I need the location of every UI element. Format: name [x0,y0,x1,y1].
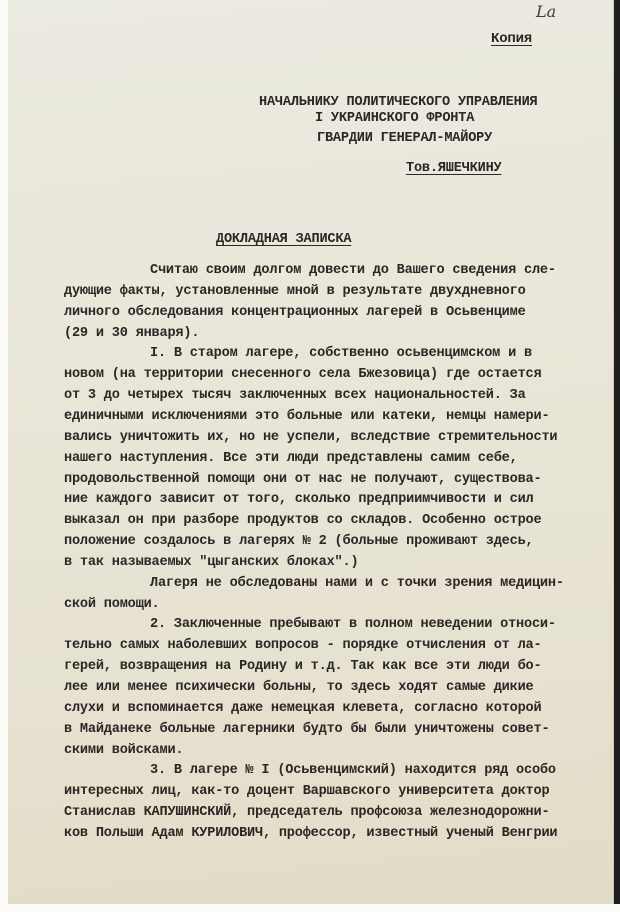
body-line: личного обследования концентрационных ла… [64,304,526,322]
body-line: ской помощи. [64,596,160,614]
body-line: тельно самых наболевших вопросов - поряд… [64,637,541,655]
body-line: I. В старом лагере, собственно осьвенцим… [150,345,532,363]
body-line: герей, возвращения на Родину и т.д. Так … [64,658,541,676]
body-line: в Майданеке больные лагерники будто бы б… [64,721,549,739]
body-line: 3. В лагере № I (Осьвенцимский) находитс… [150,762,556,780]
body-line: от 3 до четырех тысяч заключенных всех н… [64,387,526,405]
body-line: слухи и вспоминается даже немецкая клеве… [64,700,541,718]
copy-label: Копия [491,30,532,48]
body-line: интересных лиц, как-то доцент Варшавског… [64,783,549,801]
addressee-name: Тов.ЯШЕЧКИНУ [406,160,502,178]
scan-edge [614,0,620,904]
document-title: ДОКЛАДНАЯ ЗАПИСКА [216,231,351,249]
body-line: Станислав КАПУШИНСКИЙ, председатель проф… [64,804,549,822]
addressee-line-3: ГВАРДИИ ГЕНЕРАЛ-МАЙОРУ [317,130,492,148]
addressee-line-2: I УКРАИНСКОГО ФРОНТА [315,110,474,128]
body-line: дующие факты, установленные мной в резул… [64,283,526,301]
body-line: новом (на территории снесенного села Бже… [64,366,541,384]
body-line: в так называемых "цыганских блоках".) [64,554,358,572]
body-line: ние каждого зависит от того, сколько пре… [64,491,534,509]
body-line: нашего наступления. Все эти люди предста… [64,450,518,468]
body-line: единичными исключениями это больные или … [64,408,549,426]
body-line: положение создалось в лагерях № 2 (больн… [64,533,534,551]
body-line: скими войсками. [64,742,183,760]
body-line: продовольственной помощи они от нас не п… [64,471,541,489]
body-line: выказал он при разборе продуктов со скла… [64,512,541,530]
body-line: (29 и 30 января). [64,325,199,343]
body-line: вались уничтожить их, но не успели, всле… [64,429,557,447]
body-line: Лагеря не обследованы нами и с точки зре… [150,575,564,593]
body-line: 2. Заключенные пребывают в полном неведе… [150,616,556,634]
handwritten-mark: La [536,2,556,21]
body-line: Считаю своим долгом довести до Вашего св… [150,262,556,280]
body-line: ков Польши Адам КУРИЛОВИЧ, профессор, из… [64,825,557,843]
body-line: лее или менее психически больны, то здес… [64,679,534,697]
